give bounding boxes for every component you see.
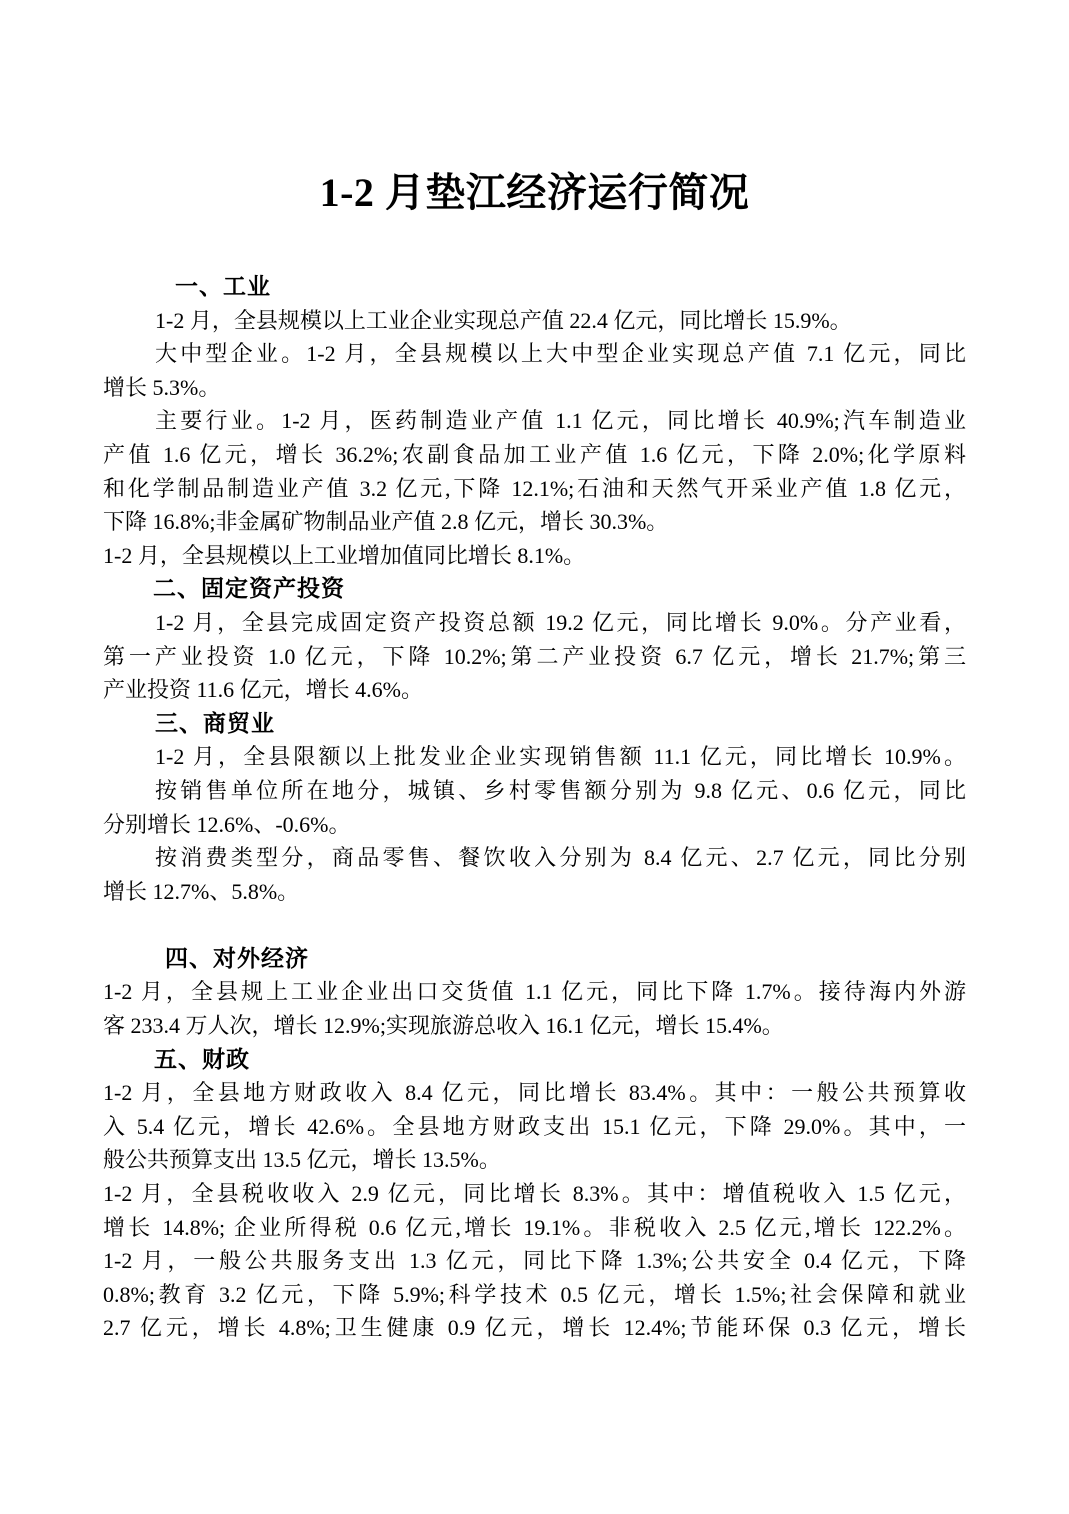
text-line: 产值 1.6 亿元，增长 36.2%;农副食品加工业产值 1.6 亿元，下降 2… [103, 438, 966, 472]
text-line: 0.8%;教育 3.2 亿元，下降 5.9%;科学技术 0.5 亿元，增长 1.… [103, 1278, 966, 1312]
text-line: 1-2 月，全县税收收入 2.9 亿元，同比增长 8.3%。其中：增值税收入 1… [103, 1177, 966, 1211]
text-line: 1-2 月，全县规模以上工业增加值同比增长 8.1%。 [103, 539, 966, 573]
text-line: 按销售单位所在地分，城镇、乡村零售额分别为 9.8 亿元、0.6 亿元，同比 [103, 774, 966, 808]
text-line: 大中型企业。1-2 月，全县规模以上大中型企业实现总产值 7.1 亿元，同比 [103, 337, 966, 371]
document-title: 1-2 月垫江经济运行简况 [0, 170, 1069, 216]
text-line: 1-2 月，全县完成固定资产投资总额 19.2 亿元，同比增长 9.0%。分产业… [103, 606, 966, 640]
text-line: 按消费类型分，商品零售、餐饮收入分别为 8.4 亿元、2.7 亿元，同比分别 [103, 841, 966, 875]
text-line: 2.7 亿元，增长 4.8%;卫生健康 0.9 亿元，增长 12.4%;节能环保… [103, 1311, 966, 1345]
text-line: 1-2 月，全县规上工业企业出口交货值 1.1 亿元，同比下降 1.7%。接待海… [103, 975, 966, 1009]
text-line: 入 5.4 亿元，增长 42.6%。全县地方财政支出 15.1 亿元，下降 29… [103, 1110, 966, 1144]
document-body: 一、工业1-2 月，全县规模以上工业企业实现总产值 22.4 亿元，同比增长 1… [103, 270, 966, 1345]
text-line: 般公共预算支出 13.5 亿元，增长 13.5%。 [103, 1143, 966, 1177]
text-line: 增长 12.7%、5.8%。 [103, 875, 966, 909]
text-line: 第一产业投资 1.0 亿元，下降 10.2%;第二产业投资 6.7 亿元，增长 … [103, 640, 966, 674]
section-heading: 一、工业 [103, 270, 966, 304]
document-page: 1-2 月垫江经济运行简况 一、工业1-2 月，全县规模以上工业企业实现总产值 … [0, 0, 1069, 1514]
text-line: 增长 14.8%; 企业所得税 0.6 亿元,增长 19.1%。非税收入 2.5… [103, 1211, 966, 1245]
text-line: 产业投资 11.6 亿元，增长 4.6%。 [103, 673, 966, 707]
text-line: 客 233.4 万人次，增长 12.9%;实现旅游总收入 16.1 亿元，增长 … [103, 1009, 966, 1043]
text-line: 1-2 月，全县地方财政收入 8.4 亿元，同比增长 83.4%。其中：一般公共… [103, 1076, 966, 1110]
text-line: 1-2 月，全县限额以上批发业企业实现销售额 11.1 亿元，同比增长 10.9… [103, 740, 966, 774]
text-line: 增长 5.3%。 [103, 371, 966, 405]
text-line: 主要行业。1-2 月，医药制造业产值 1.1 亿元，同比增长 40.9%;汽车制… [103, 404, 966, 438]
text-line: 1-2 月，全县规模以上工业企业实现总产值 22.4 亿元，同比增长 15.9%… [103, 304, 966, 338]
blank-line [103, 908, 966, 942]
section-heading: 二、固定资产投资 [103, 572, 966, 606]
text-line: 分别增长 12.6%、-0.6%。 [103, 808, 966, 842]
text-line: 1-2 月，一般公共服务支出 1.3 亿元，同比下降 1.3%;公共安全 0.4… [103, 1244, 966, 1278]
section-heading: 三、商贸业 [103, 707, 966, 741]
text-line: 和化学制品制造业产值 3.2 亿元,下降 12.1%;石油和天然气开采业产值 1… [103, 472, 966, 506]
section-heading: 四、对外经济 [103, 942, 966, 976]
section-heading: 五、财政 [103, 1043, 966, 1077]
text-line: 下降 16.8%;非金属矿物制品业产值 2.8 亿元，增长 30.3%。 [103, 505, 966, 539]
